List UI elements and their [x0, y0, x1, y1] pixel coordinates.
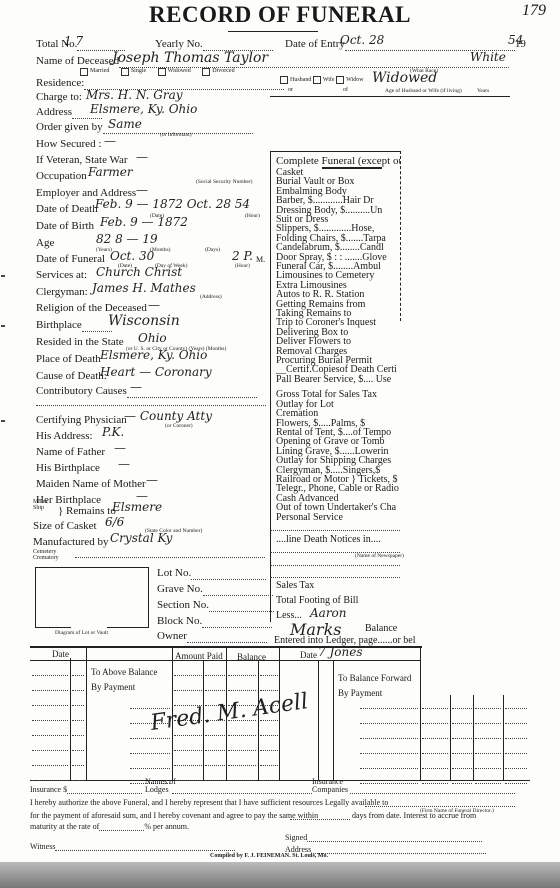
- maiden-name-of-mother-value: —: [146, 473, 158, 487]
- ledger-cell: [260, 750, 278, 751]
- ledger-header-date: Date: [52, 649, 69, 659]
- blank-line: [270, 565, 400, 566]
- cemetery-line: [75, 557, 265, 558]
- his-address-value: P.K.: [102, 425, 124, 439]
- resided-in-state-value: Ohio: [138, 331, 167, 345]
- entry-year-value: 54: [508, 33, 523, 47]
- employer-value: —: [136, 183, 148, 197]
- funeral-hour-caption: (Hour): [235, 263, 250, 269]
- margin-mark: [1, 420, 5, 422]
- religion-value: —: [148, 298, 160, 312]
- ledger-cell: [32, 750, 68, 751]
- ledger-cell: [260, 690, 278, 691]
- age-value: 82 8 — 19: [96, 232, 158, 246]
- ledger-cell: [228, 690, 256, 691]
- age-days-caption: (Days): [205, 247, 220, 253]
- ledger-cell: [360, 738, 418, 739]
- funeral-record-page: RECORD OF FUNERAL 179 Total No. 1 7 Year…: [0, 0, 560, 888]
- section-no-field: Section No.: [157, 599, 274, 612]
- ledger-cell: [475, 738, 501, 739]
- name-of-deceased-value: Joseph Thomas Taylor: [112, 50, 268, 66]
- ledger-cell: [228, 780, 256, 781]
- ledger-cell: [452, 708, 472, 709]
- ledger-cell: [32, 735, 68, 736]
- insurance-field: Insurance $: [30, 785, 142, 794]
- ledger-cell: [174, 690, 202, 691]
- address-value: Elsmere, Ky. Ohio: [90, 102, 197, 116]
- ledger-cell: [205, 690, 225, 691]
- coroner-caption: (or Coroner): [165, 423, 193, 429]
- spouse-status-value: Widowed: [372, 70, 437, 86]
- single-checkbox[interactable]: [121, 68, 129, 76]
- married-checkbox[interactable]: [80, 68, 88, 76]
- ledger-bottom-rule: [30, 780, 530, 781]
- diagram-base-right: [107, 627, 148, 628]
- margin-mark: [1, 325, 5, 327]
- charges-header: Complete Funeral (except outla: [276, 155, 400, 167]
- authorize-line: I hereby authorize the above Funeral, an…: [30, 798, 388, 807]
- witness-field: Witness: [30, 842, 235, 851]
- motor-ship-label: MotorShip: [33, 499, 48, 511]
- ledger-col-line: [420, 646, 421, 780]
- charge-item: Personal Service: [276, 512, 400, 524]
- charges-box-cut: [400, 151, 401, 321]
- ledger-cell: [452, 783, 472, 784]
- certifying-physician-value: — County Atty: [124, 409, 212, 423]
- ledger-cell: [475, 723, 501, 724]
- husband-checkbox[interactable]: [280, 76, 288, 84]
- ledger-cell: [174, 765, 202, 766]
- ledger-cell: [72, 690, 84, 691]
- page-title: RECORD OF FUNERAL: [0, 2, 560, 28]
- occupation-field: Occupation: [36, 170, 87, 183]
- to-above-balance: To Above Balance: [91, 667, 157, 677]
- ledger-cell: [72, 705, 84, 706]
- ledger-cell: [32, 720, 68, 721]
- ledger-col-line: [473, 695, 474, 780]
- lot-diagram: [35, 567, 149, 628]
- block-no-field: Block No.: [157, 615, 272, 628]
- ledger-cell: [360, 783, 418, 784]
- clergyman-value: James H. Mathes: [92, 281, 196, 295]
- to-balance-forward: To Balance Forward: [338, 673, 411, 683]
- ledger-cell: [205, 765, 225, 766]
- charge-to-field: Charge to:: [36, 91, 82, 104]
- grave-no-field: Grave No.: [157, 583, 273, 596]
- name-of-father-value: —: [114, 441, 126, 455]
- ledger-cell: [228, 765, 256, 766]
- ledger-cell: [422, 783, 448, 784]
- ledger-cell: [72, 765, 84, 766]
- signed-field: Signed: [285, 833, 482, 842]
- ledger-cell: [422, 723, 448, 724]
- order-given-by-value: Same: [108, 117, 142, 131]
- ledger-cell: [475, 768, 501, 769]
- ledger-cell: [360, 708, 418, 709]
- ledger-cell: [130, 768, 170, 769]
- occupation-value: Farmer: [88, 165, 133, 179]
- ssn-caption: (Social Security Number): [196, 179, 253, 185]
- ledger-cell: [475, 753, 501, 754]
- ledger-col-line: [503, 695, 504, 780]
- blank-line: [36, 405, 266, 406]
- ledger-cell: [360, 753, 418, 754]
- ledger-cell: [205, 750, 225, 751]
- ledger-cell: [32, 765, 68, 766]
- compiled-by: Compiled by F. J. FEINEMAN. St. Louis, M…: [210, 853, 328, 859]
- date-of-birth-field: Date of Birth: [36, 220, 94, 233]
- ledger-cell: [130, 738, 170, 739]
- ledger-col-line: [318, 660, 319, 780]
- ledger-cell: [260, 780, 278, 781]
- date-of-entry-value: Oct. 28: [340, 33, 384, 47]
- place-of-death-field: Place of Death: [36, 353, 101, 366]
- charge-item: Pall Bearer Service, $.... Use: [276, 374, 400, 386]
- ledger-col-line: [70, 658, 71, 780]
- ledger-col-line: [333, 660, 334, 780]
- blank-line: [270, 577, 400, 578]
- ledger-cell: [505, 783, 527, 784]
- how-secured-value: —: [104, 134, 116, 148]
- ledger-cell: [174, 750, 202, 751]
- page-number: 179: [522, 2, 546, 20]
- manufactured-by-field: Manufactured by: [33, 536, 108, 549]
- ledger-cell: [452, 768, 472, 769]
- sales-tax-line: Sales Tax: [276, 580, 400, 592]
- title-underline: [228, 31, 318, 32]
- companies-line: [350, 793, 515, 794]
- ledger-signature: Fred. M. Acell: [149, 689, 310, 736]
- services-at-field: Services at:: [36, 269, 87, 282]
- ledger-cell: [205, 780, 225, 781]
- informant-caption: (or Informant): [160, 132, 192, 138]
- less-value: Aaron: [310, 606, 347, 620]
- ledger-cell: [475, 783, 501, 784]
- days-line: [290, 819, 350, 820]
- ledger-cell: [72, 720, 84, 721]
- payment-line: for the payment of aforesaid sum, and I …: [30, 811, 318, 820]
- veteran-value: —: [136, 150, 148, 164]
- by-payment-left: By Payment: [91, 682, 135, 692]
- services-at-value: Church Christ: [96, 265, 182, 279]
- ledger-cell: [422, 738, 448, 739]
- newspaper-caption: (Name of Newspaper): [355, 553, 404, 559]
- days-text: days from date. Interest to accrue from: [352, 811, 476, 820]
- widow-checkbox[interactable]: [336, 76, 344, 84]
- clergyman-field: Clergyman:: [36, 286, 88, 299]
- place-of-death-value: Elsmere, Ky. Ohio: [100, 348, 207, 362]
- ledger-header-date-right: Date: [300, 650, 317, 660]
- ledger-col-line: [450, 695, 451, 780]
- cemetery-crematory-label: CemeteryCrematory: [33, 549, 59, 561]
- lodges-line: [172, 793, 312, 794]
- ledger-cell: [32, 675, 68, 676]
- ledger-header-rule: [30, 660, 420, 661]
- death-notices-line: ....line Death Notices in....: [276, 534, 400, 546]
- funeral-meridiem: M.: [256, 253, 265, 266]
- ledger-cell: [32, 780, 68, 781]
- years-caption: Years: [477, 88, 489, 94]
- widowed-checkbox[interactable]: [158, 68, 166, 76]
- size-of-casket-value: 6/6: [105, 515, 124, 529]
- ledger-cell: [475, 708, 501, 709]
- diagram-base-left: [35, 627, 71, 628]
- ledger-cell: [452, 738, 472, 739]
- ledger-cell: [72, 675, 84, 676]
- ledger-cell: [205, 675, 225, 676]
- birthplace-field: Birthplace: [36, 319, 112, 332]
- ledger-cell: [360, 723, 418, 724]
- date-of-death-value: Feb. 9 — 1872 Oct. 28 54: [95, 197, 250, 211]
- age-spouse-caption: Age of Husband or Wife (if living): [385, 88, 462, 94]
- father-birthplace-field: His Birthplace: [36, 462, 100, 475]
- divorced-checkbox[interactable]: [202, 68, 210, 76]
- by-payment-right: By Payment: [338, 688, 382, 698]
- ledger-cell: [505, 753, 527, 754]
- ledger-cell: [260, 735, 278, 736]
- lot-no-field: Lot No.: [157, 567, 266, 580]
- ledger-col-line: [86, 646, 87, 780]
- ledger-cell: [452, 723, 472, 724]
- ledger-cell: [505, 708, 527, 709]
- race-value: White: [470, 50, 506, 64]
- ledger-cell: [32, 690, 68, 691]
- diagram-caption: Diagram of Lot or Vault: [55, 630, 108, 636]
- ledger-cell: [174, 735, 202, 736]
- charge-to-value: Mrs. H. N. Gray: [86, 88, 183, 102]
- death-hour-caption: (Hour): [245, 213, 260, 219]
- how-secured-field: How Secured :: [36, 138, 101, 151]
- scan-edge: [0, 862, 560, 888]
- maiden-name-of-mother-field: Maiden Name of Mother: [36, 478, 146, 491]
- ledger-cell: [130, 753, 170, 754]
- ledger-cell: [505, 723, 527, 724]
- cause-of-death-value: Heart — Coronary: [100, 365, 212, 379]
- ledger-cell: [260, 765, 278, 766]
- ledger-signature: Marks: [290, 620, 341, 639]
- size-of-casket-field: Size of Casket: [33, 520, 97, 533]
- birthplace-value: Wisconsin: [108, 313, 180, 329]
- date-of-funeral-value: Oct. 30: [110, 249, 154, 263]
- ledger-cell: [228, 735, 256, 736]
- margin-mark: [1, 275, 5, 277]
- blank-line: [270, 530, 400, 531]
- date-of-birth-value: Feb. 9 — 1872: [100, 215, 188, 229]
- ledger-cell: [72, 780, 84, 781]
- ledger-cell: [260, 675, 278, 676]
- ledger-cell: [32, 705, 68, 706]
- ledger-cell: [505, 738, 527, 739]
- firm-line: [365, 806, 515, 807]
- ledger-cell: [360, 768, 418, 769]
- maturity-field: maturity at the rate of% per annum.: [30, 822, 189, 831]
- ledger-cell: [452, 753, 472, 754]
- insurance-companies-field: InsuranceCompanies: [312, 778, 348, 794]
- contributory-causes-field: Contributory Causes: [36, 385, 257, 398]
- ledger-cell: [72, 735, 84, 736]
- ledger-cell: [174, 780, 202, 781]
- order-given-by-field: Order given by: [36, 121, 253, 134]
- ledger-cell: [422, 708, 448, 709]
- date-of-funeral-field: Date of Funeral: [36, 253, 105, 266]
- date-of-death-field: Date of Death: [36, 203, 98, 216]
- funeral-hour-value: 2 P.: [232, 249, 253, 263]
- cause-of-death-field: Cause of Death:: [36, 370, 107, 383]
- owner-field: Owner: [157, 630, 267, 643]
- ledger-cell: [174, 675, 202, 676]
- age-field: Age: [36, 237, 54, 250]
- ledger-date-handwriting: 7 Jones: [318, 645, 362, 659]
- total-no-value: 1 7: [64, 34, 83, 48]
- wife-checkbox[interactable]: [313, 76, 321, 84]
- contributory-causes-value: —: [130, 380, 142, 394]
- ledger-cell: [205, 735, 225, 736]
- ledger-cell: [228, 675, 256, 676]
- ledger-cell: [422, 753, 448, 754]
- lodges-field: Names ofLodges: [145, 778, 176, 794]
- manufactured-by-value: Crystal Ky: [110, 531, 172, 545]
- ledger-cell: [72, 750, 84, 751]
- father-birthplace-value: —: [118, 457, 130, 471]
- clergyman-address-caption: (Address): [200, 294, 222, 300]
- remains-to-value: Elsmere: [112, 500, 162, 514]
- name-of-father-field: Name of Father: [36, 446, 105, 459]
- ledger-cell: [505, 768, 527, 769]
- ledger-cell: [422, 768, 448, 769]
- ledger-cell: [228, 750, 256, 751]
- divider: [270, 96, 510, 97]
- his-address-field: His Address:: [36, 430, 93, 443]
